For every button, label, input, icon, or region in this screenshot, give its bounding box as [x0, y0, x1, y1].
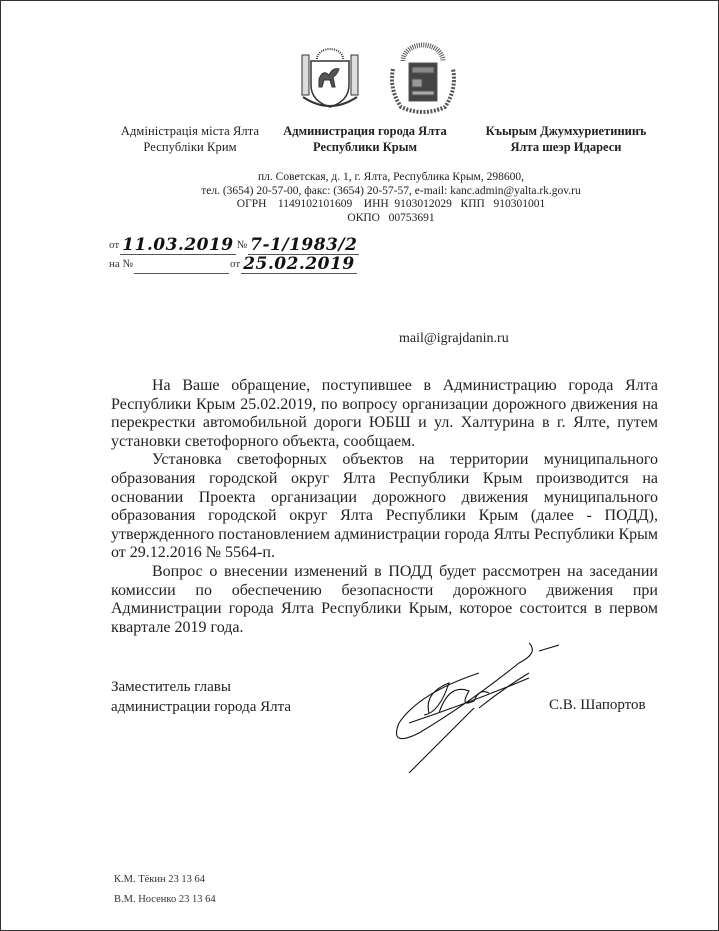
signatory-title: Заместитель главы администрации города Я… [111, 677, 291, 717]
executor-1: К.М. Тёкин 23 13 64 [114, 874, 205, 885]
signatory-title-line-2: администрации города Ялта [111, 697, 291, 717]
signatory-title-line-1: Заместитель главы [111, 677, 291, 697]
okpo-line: ОКПО 00753691 [181, 212, 601, 226]
letter-body: На Ваше обращение, поступившее в Админис… [111, 377, 658, 637]
org-ct-line-1: Къырым Джумхуриетининъ [471, 123, 661, 139]
body-paragraph: Установка светофорных объектов на террит… [111, 451, 658, 563]
executor-2: В.М. Носенко 23 13 64 [114, 894, 216, 905]
signatory-name: С.В. Шапортов [549, 697, 646, 714]
reply-from-label: от [229, 255, 241, 274]
reply-to-number-blank [134, 261, 229, 274]
org-ua-line-2: Республіки Крим [105, 139, 275, 155]
incoming-reference-row: на № от 25.02.2019 [108, 255, 359, 274]
address-line: пл. Советская, д. 1, г. Ялта, Республика… [181, 171, 601, 185]
contacts-line: тел. (3654) 20-57-00, факс: (3654) 20-57… [181, 185, 601, 199]
from-label: от [108, 236, 120, 255]
letterhead-address: пл. Советская, д. 1, г. Ялта, Республика… [181, 171, 601, 225]
reply-date: 25.02.2019 [241, 255, 356, 274]
outgoing-number: 7-1/1983/2 [248, 236, 359, 255]
reply-to-label: на № [108, 255, 134, 274]
org-name-ukrainian: Адміністрація міста Ялта Республіки Крим [105, 123, 275, 155]
outgoing-date: 11.03.2019 [120, 236, 235, 255]
org-ru-line-2: Республики Крым [275, 139, 455, 155]
org-name-russian: Администрация города Ялта Республики Кры… [275, 123, 455, 155]
number-label: № [236, 236, 249, 255]
handwritten-signature-icon [379, 633, 559, 773]
registration-codes-line: ОГРН 1149102101609 ИНН 9103012029 КПП 91… [181, 198, 601, 212]
letter-page: Адміністрація міста Ялта Республіки Крим… [0, 0, 719, 931]
yalta-coat-of-arms-icon [385, 39, 461, 119]
body-paragraph: Вопрос о внесении изменений в ПОДД будет… [111, 563, 658, 637]
registration-block: от 11.03.2019 № 7-1/1983/2 на № от 25.02… [108, 236, 359, 274]
org-ru-line-1: Администрация города Ялта [275, 123, 455, 139]
outgoing-number-row: от 11.03.2019 № 7-1/1983/2 [108, 236, 359, 255]
org-ua-line-1: Адміністрація міста Ялта [105, 123, 275, 139]
org-ct-line-2: Ялта шеэр Идареси [471, 139, 661, 155]
body-paragraph: На Ваше обращение, поступившее в Админис… [111, 377, 658, 451]
org-name-crimean-tatar: Къырым Джумхуриетининъ Ялта шеэр Идареси [471, 123, 661, 155]
crimea-coat-of-arms-icon [299, 45, 361, 113]
recipient-email: mail@igrajdanin.ru [399, 331, 509, 347]
